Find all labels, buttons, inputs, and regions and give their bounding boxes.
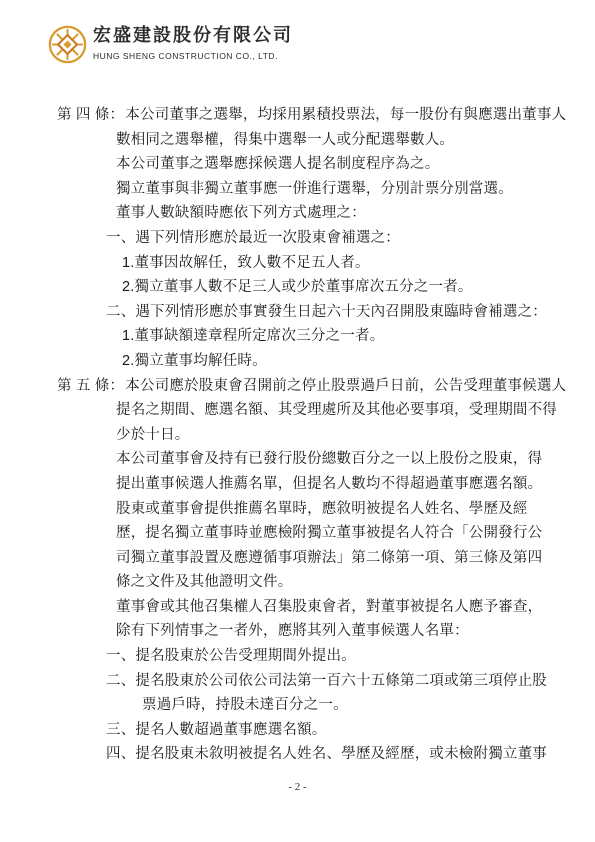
document-line: 票過戶時，持股未達百分之一。 [0,693,595,718]
line-text: 董事人數缺額時應依下列方式處理之： [116,205,366,221]
document-line: 一、提名股東於公告受理期間外提出。 [0,644,595,669]
line-text: 一、遇下列情形應於最近一次股東會補選之： [106,230,400,246]
document-line: 第 四 條：本公司董事之選舉，均採用累積投票法，每一股份有與應選出董事人 [0,103,595,128]
document-line: 2.獨立董事均解任時。 [0,349,595,374]
line-text: 董事會或其他召集權人召集股東會者，對董事被提名人應予審查， [116,599,542,615]
document-line: 提出董事候選人推薦名單，但提名人數均不得超過董事應選名額。 [0,472,595,497]
article-number-label: 第 四 條： [57,107,124,123]
company-names: 宏盛建設股份有限公司 HUNG SHENG CONSTRUCTION CO., … [93,23,293,62]
company-name-chinese: 宏盛建設股份有限公司 [93,23,293,49]
document-line: 條之文件及其他證明文件。 [0,570,595,595]
document-line: 獨立董事與非獨立董事應一併進行選舉，分別計票分別當選。 [0,177,595,202]
document-page: 宏盛建設股份有限公司 HUNG SHENG CONSTRUCTION CO., … [0,0,595,842]
document-line: 少於十日。 [0,423,595,448]
line-text: 二、遇下列情形應於事實發生日起六十天內召開股東臨時會補選之： [106,304,547,320]
document-line: 除有下列情事之一者外，應將其列入董事候選人名單： [0,619,595,644]
document-line: 二、遇下列情形應於事實發生日起六十天內召開股東臨時會補選之： [0,300,595,325]
line-text: 本公司應於股東會召開前之停止股票過戶日前，公告受理董事候選人 [125,378,566,394]
document-line: 董事會或其他召集權人召集股東會者，對董事被提名人應予審查， [0,595,595,620]
line-text: 2.獨立董事均解任時。 [122,353,267,369]
page-number: - 2 - [0,781,595,793]
document-line: 2.獨立董事人數不足三人或少於董事席次五分之一者。 [0,275,595,300]
line-text: 條之文件及其他證明文件。 [116,574,292,590]
line-text: 四、提名股東未敘明被提名人姓名、學歷及經歷，或未檢附獨立董事 [106,746,547,762]
document-line: 二、提名股東於公司依公司法第一百六十五條第二項或第三項停止股 [0,669,595,694]
document-line: 司獨立董事設置及應遵循事項辦法」第二條第一項、第三條及第四 [0,546,595,571]
line-text: 票過戶時，持股未達百分之一。 [142,697,348,713]
document-line: 第 五 條：本公司應於股東會召開前之停止股票過戶日前，公告受理董事候選人 [0,374,595,399]
document-line: 提名之期間、應選名額、其受理處所及其他必要事項，受理期間不得 [0,398,595,423]
line-text: 三、提名人數超過董事應選名額。 [106,722,327,738]
line-text: 本公司董事之選舉，均採用累積投票法，每一股份有與應選出董事人 [125,107,566,123]
company-name-english: HUNG SHENG CONSTRUCTION CO., LTD. [93,50,293,62]
company-header: 宏盛建設股份有限公司 HUNG SHENG CONSTRUCTION CO., … [47,23,293,65]
line-text: 本公司董事會及持有已發行股份總數百分之一以上股份之股東，得 [116,451,542,467]
document-line: 本公司董事會及持有已發行股份總數百分之一以上股份之股東，得 [0,447,595,472]
document-line: 1.董事因故解任，致人數不足五人者。 [0,251,595,276]
line-text: 除有下列情事之一者外，應將其列入董事候選人名單： [116,623,469,639]
document-line: 歷，提名獨立董事時並應檢附獨立董事被提名人符合「公開發行公 [0,521,595,546]
line-text: 歷，提名獨立董事時並應檢附獨立董事被提名人符合「公開發行公 [116,525,542,541]
line-text: 獨立董事與非獨立董事應一併進行選舉，分別計票分別當選。 [116,181,513,197]
document-line: 一、遇下列情形應於最近一次股東會補選之： [0,226,595,251]
document-line: 股東或董事會提供推薦名單時，應敘明被提名人姓名、學歷及經 [0,497,595,522]
line-text: 提出董事候選人推薦名單，但提名人數均不得超過董事應選名額。 [116,476,542,492]
document-line: 數相同之選舉權，得集中選舉一人或分配選舉數人。 [0,128,595,153]
line-text: 股東或董事會提供推薦名單時，應敘明被提名人姓名、學歷及經 [116,501,528,517]
line-text: 1.董事缺額達章程所定席次三分之一者。 [122,328,384,344]
document-body: 第 四 條：本公司董事之選舉，均採用累積投票法，每一股份有與應選出董事人數相同之… [0,103,595,767]
document-line: 三、提名人數超過董事應選名額。 [0,718,595,743]
company-logo-icon [47,24,88,65]
line-text: 一、提名股東於公告受理期間外提出。 [106,648,356,664]
document-line: 本公司董事之選舉應採候選人提名制度程序為之。 [0,152,595,177]
line-text: 提名之期間、應選名額、其受理處所及其他必要事項，受理期間不得 [116,402,557,418]
document-line: 董事人數缺額時應依下列方式處理之： [0,201,595,226]
line-text: 二、提名股東於公司依公司法第一百六十五條第二項或第三項停止股 [106,673,547,689]
document-line: 四、提名股東未敘明被提名人姓名、學歷及經歷，或未檢附獨立董事 [0,742,595,767]
line-text: 少於十日。 [116,427,190,443]
line-text: 1.董事因故解任，致人數不足五人者。 [122,255,370,271]
line-text: 司獨立董事設置及應遵循事項辦法」第二條第一項、第三條及第四 [116,550,542,566]
document-line: 1.董事缺額達章程所定席次三分之一者。 [0,324,595,349]
line-text: 本公司董事之選舉應採候選人提名制度程序為之。 [116,156,439,172]
line-text: 數相同之選舉權，得集中選舉一人或分配選舉數人。 [116,132,454,148]
article-number-label: 第 五 條： [57,378,124,394]
line-text: 2.獨立董事人數不足三人或少於董事席次五分之一者。 [122,279,473,295]
